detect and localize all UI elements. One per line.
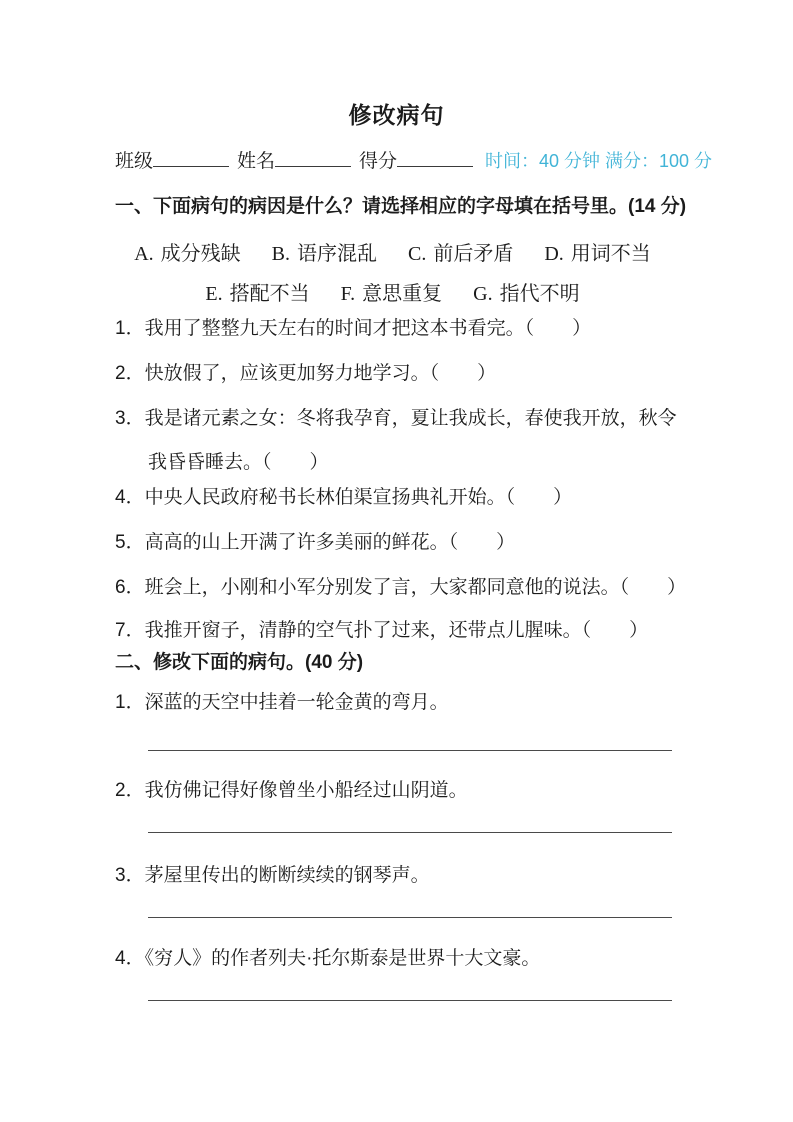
- s2-answer-line-1: [148, 750, 672, 751]
- option-f-text: 意思重复: [362, 283, 442, 305]
- option-c: C.前后矛盾: [408, 243, 513, 265]
- option-f: F.意思重复: [341, 283, 443, 305]
- section2-heading: 二、修改下面的病句。(40 分): [115, 652, 363, 674]
- s1-question-7: 7．我推开窗子，清静的空气扑了过来，还带点儿腥味。（ ）: [115, 620, 648, 642]
- option-g-text: 指代不明: [500, 283, 580, 305]
- option-e-letter: E.: [205, 283, 222, 305]
- s1-question-1: 1．我用了整整九天左右的时间才把这本书看完。（ ）: [115, 318, 591, 340]
- option-d-letter: D.: [544, 243, 563, 265]
- score-blank: [397, 151, 473, 167]
- section1-options-row2: E.搭配不当 F.意思重复 G.指代不明: [0, 277, 785, 306]
- option-b-text: 语序混乱: [297, 243, 377, 265]
- section1-options-row1: A.成分残缺 B.语序混乱 C.前后矛盾 D.用词不当: [0, 237, 785, 266]
- s1-question-6: 6．班会上，小刚和小军分别发了言，大家都同意他的说法。（ ）: [115, 577, 686, 599]
- s2-question-1: 1．深蓝的天空中挂着一轮金黄的弯月。: [115, 692, 449, 714]
- s1-question-3-line2: 我昏昏睡去。（ ）: [148, 452, 329, 474]
- s2-question-2: 2．我仿佛记得好像曾坐小船经过山阴道。: [115, 780, 468, 802]
- class-blank: [153, 151, 229, 167]
- class-label: 班级: [115, 151, 153, 172]
- option-d-text: 用词不当: [571, 243, 651, 265]
- option-g-letter: G.: [473, 283, 492, 305]
- score-label: 得分: [359, 151, 397, 172]
- option-d: D.用词不当: [544, 243, 650, 265]
- s1-question-4: 4．中央人民政府秘书长林伯渠宣扬典礼开始。（ ）: [115, 487, 572, 509]
- s2-question-4: 4．《穷人》的作者列夫·托尔斯泰是世界十大文豪。: [115, 948, 540, 970]
- option-a-text: 成分残缺: [161, 243, 241, 265]
- option-c-letter: C.: [408, 243, 426, 265]
- name-label: 姓名: [237, 151, 275, 172]
- option-a-letter: A.: [134, 243, 153, 265]
- name-blank: [275, 151, 351, 167]
- worksheet-page: 修改病句 班级姓名得分 时间：40 分钟 满分：100 分 一、下面病句的病因是…: [0, 0, 793, 1122]
- option-g: G.指代不明: [473, 283, 579, 305]
- section1-heading: 一、下面病句的病因是什么？请选择相应的字母填在括号里。(14 分): [115, 196, 686, 218]
- s2-question-3: 3．茅屋里传出的断断续续的钢琴声。: [115, 865, 430, 887]
- option-e: E.搭配不当: [205, 283, 309, 305]
- option-b-letter: B.: [272, 243, 290, 265]
- option-c-text: 前后矛盾: [433, 243, 513, 265]
- option-a: A.成分残缺: [134, 243, 240, 265]
- s1-question-5: 5．高高的山上开满了许多美丽的鲜花。（ ）: [115, 532, 515, 554]
- time-score-note: 时间：40 分钟 满分：100 分: [485, 147, 712, 173]
- s2-answer-line-2: [148, 832, 672, 833]
- option-e-text: 搭配不当: [230, 283, 310, 305]
- student-info-row: 班级姓名得分: [115, 146, 481, 173]
- s1-question-3-line1: 3．我是诸元素之女：冬将我孕育，夏让我成长，春使我开放，秋令: [115, 408, 677, 430]
- s2-answer-line-4: [148, 1000, 672, 1001]
- page-title: 修改病句: [0, 97, 793, 130]
- s1-question-2: 2．快放假了，应该更加努力地学习。（ ）: [115, 363, 496, 385]
- option-b: B.语序混乱: [272, 243, 377, 265]
- option-f-letter: F.: [341, 283, 356, 305]
- s2-answer-line-3: [148, 917, 672, 918]
